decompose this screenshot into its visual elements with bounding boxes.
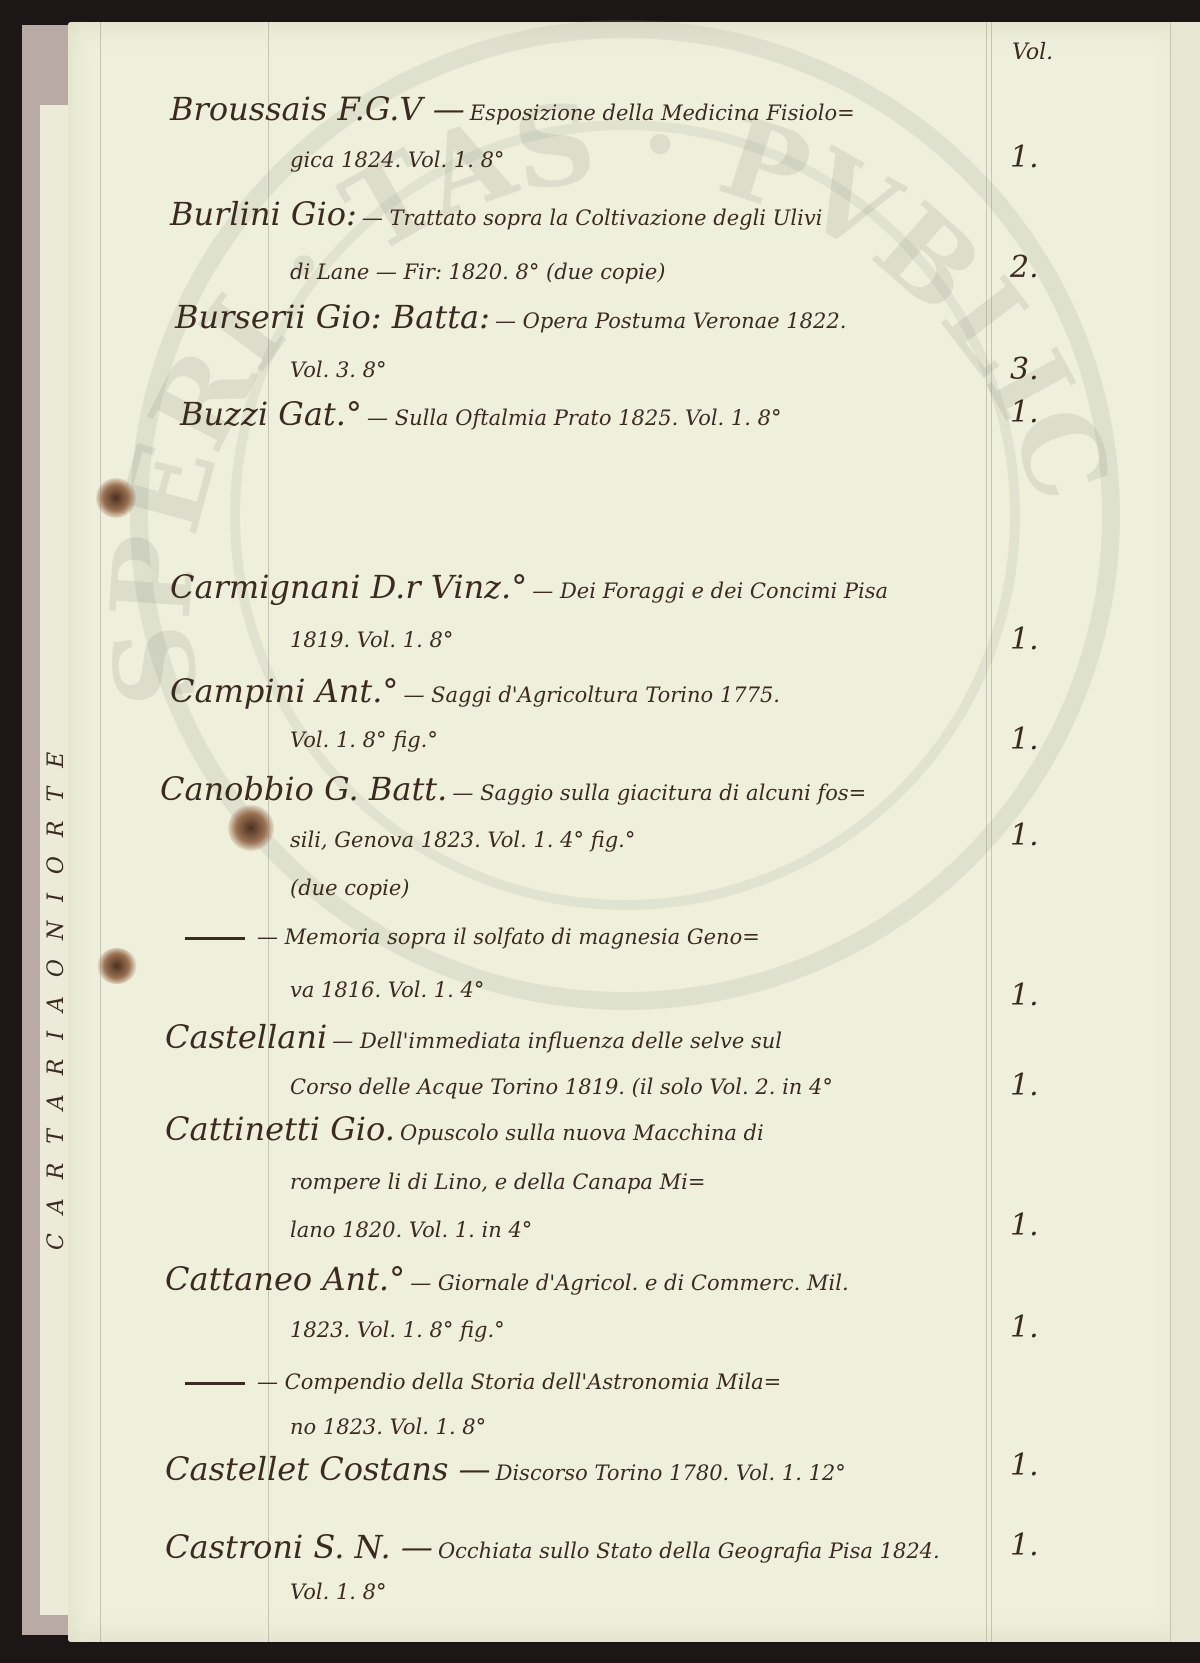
entry-title: — Saggi d'Agricoltura Torino 1775. xyxy=(403,683,780,707)
volume-count: 1. xyxy=(1010,1068,1039,1103)
entry-title: — Compendio della Storia dell'Astronomia… xyxy=(257,1370,781,1394)
entry-line: Castroni S. N. — Occhiata sullo Stato de… xyxy=(165,1528,940,1566)
entry-title: — Trattato sopra la Coltivazione degli U… xyxy=(362,206,823,230)
entry-title: — Dei Foraggi e dei Concimi Pisa xyxy=(532,579,888,603)
volume-count: 1. xyxy=(1010,140,1039,175)
entry-title: — Opera Postuma Veronae 1822. xyxy=(495,309,846,333)
entry-continuation: gica 1824. Vol. 1. 8° xyxy=(290,148,504,172)
ditto-rule xyxy=(185,1382,245,1385)
entry-author: Cattaneo Ant.° xyxy=(165,1260,405,1298)
entry-continuation: no 1823. Vol. 1. 8° xyxy=(290,1415,486,1439)
entry-line: Burlini Gio: — Trattato sopra la Coltiva… xyxy=(170,195,822,233)
entry-author: Castellani xyxy=(165,1018,327,1056)
entry-continuation: rompere li di Lino, e della Canapa Mi= xyxy=(290,1170,705,1194)
entry-line: Canobbio G. Batt. — Saggio sulla giacitu… xyxy=(160,770,866,808)
entry-title: — Dell'immediata influenza delle selve s… xyxy=(332,1029,782,1053)
entry-continuation: 1823. Vol. 1. 8° fig.° xyxy=(290,1318,505,1342)
entry-author: Broussais F.G.V — xyxy=(170,90,465,128)
volume-count: 1. xyxy=(1010,1310,1039,1345)
entry-title: Discorso Torino 1780. Vol. 1. 12° xyxy=(496,1461,846,1485)
entry-line: Castellani — Dell'immediata influenza de… xyxy=(165,1018,782,1056)
volume-count: 1. xyxy=(1010,722,1039,757)
entry-line: Broussais F.G.V — Esposizione della Medi… xyxy=(170,90,855,128)
entry-title: — Sulla Oftalmia Prato 1825. Vol. 1. 8° xyxy=(367,406,781,430)
entry-line: — Memoria sopra il solfato di magnesia G… xyxy=(185,925,760,949)
entry-title: Esposizione della Medicina Fisiolo= xyxy=(470,101,855,125)
entry-title: — Giornale d'Agricol. e di Commerc. Mil. xyxy=(410,1271,848,1295)
entry-author: Burserii Gio: Batta: xyxy=(175,298,490,336)
entry-title: — Memoria sopra il solfato di magnesia G… xyxy=(257,925,760,949)
entry-line: Cattinetti Gio. Opuscolo sulla nuova Mac… xyxy=(165,1110,764,1148)
entry-author: Canobbio G. Batt. xyxy=(160,770,447,808)
entry-continuation: sili, Genova 1823. Vol. 1. 4° fig.° xyxy=(290,828,635,852)
entry-author: Burlini Gio: xyxy=(170,195,357,233)
entry-author xyxy=(185,1370,257,1394)
volume-count: 2. xyxy=(1010,250,1039,285)
catalogue-entries: Broussais F.G.V — Esposizione della Medi… xyxy=(0,0,1200,1663)
entry-line: Campini Ant.° — Saggi d'Agricoltura Tori… xyxy=(170,672,780,710)
entry-author: Cattinetti Gio. xyxy=(165,1110,395,1148)
entry-line: Cattaneo Ant.° — Giornale d'Agricol. e d… xyxy=(165,1260,849,1298)
entry-line: — Compendio della Storia dell'Astronomia… xyxy=(185,1370,781,1394)
entry-title: — Saggio sulla giacitura di alcuni fos= xyxy=(452,781,866,805)
entry-continuation: Corso delle Acque Torino 1819. (il solo … xyxy=(290,1075,833,1099)
entry-continuation: 1819. Vol. 1. 8° xyxy=(290,628,453,652)
entry-author: Castellet Costans — xyxy=(165,1450,491,1488)
volume-count: 1. xyxy=(1010,978,1039,1013)
volume-count: 3. xyxy=(1010,352,1039,387)
entry-continuation: di Lane — Fir: 1820. 8° (due copie) xyxy=(290,260,665,284)
volume-count: 1. xyxy=(1010,818,1039,853)
entry-author: Carmignani D.r Vinz.° xyxy=(170,568,527,606)
volume-count: 1. xyxy=(1010,622,1039,657)
entry-author: Castroni S. N. — xyxy=(165,1528,433,1566)
volume-count: 1. xyxy=(1010,1528,1039,1563)
volume-count: 1. xyxy=(1010,395,1039,430)
volume-count: 1. xyxy=(1010,1448,1039,1483)
entry-continuation: va 1816. Vol. 1. 4° xyxy=(290,978,484,1002)
entry-author xyxy=(185,925,257,949)
entry-continuation: Vol. 1. 8° fig.° xyxy=(290,728,438,752)
entry-author: Buzzi Gat.° xyxy=(180,395,362,433)
entry-title: Opuscolo sulla nuova Macchina di xyxy=(400,1121,764,1145)
entry-continuation: Vol. 1. 8° xyxy=(290,1580,387,1604)
entry-continuation: (due copie) xyxy=(290,876,409,900)
volume-count: 1. xyxy=(1010,1208,1039,1243)
entry-line: Castellet Costans — Discorso Torino 1780… xyxy=(165,1450,846,1488)
entry-line: Burserii Gio: Batta: — Opera Postuma Ver… xyxy=(175,298,846,336)
ditto-rule xyxy=(185,937,245,940)
entry-line: Buzzi Gat.° — Sulla Oftalmia Prato 1825.… xyxy=(180,395,781,433)
entry-author: Campini Ant.° xyxy=(170,672,398,710)
entry-line: Carmignani D.r Vinz.° — Dei Foraggi e de… xyxy=(170,568,888,606)
entry-title: Occhiata sullo Stato della Geografia Pis… xyxy=(438,1539,940,1563)
entry-continuation: Vol. 3. 8° xyxy=(290,358,387,382)
entry-continuation: lano 1820. Vol. 1. in 4° xyxy=(290,1218,532,1242)
